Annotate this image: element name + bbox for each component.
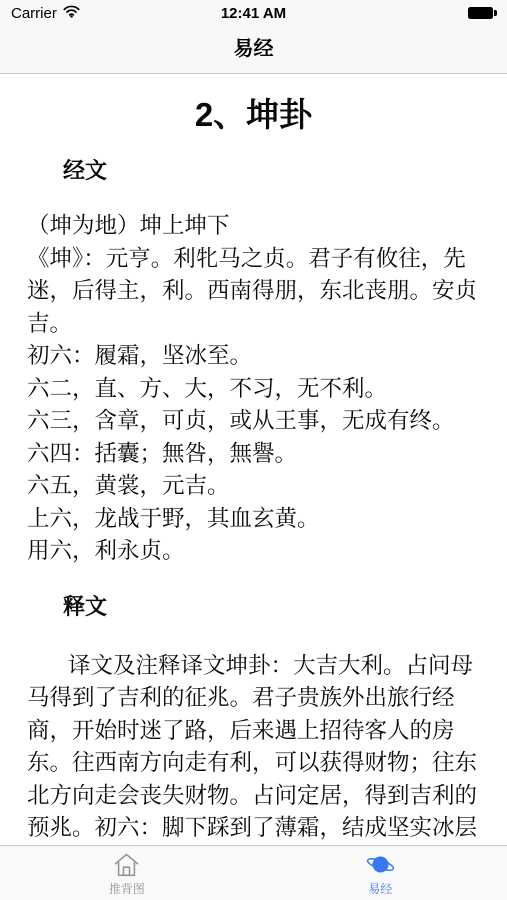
text-line: 预兆。初六：脚下踩到了薄霜，结成坚实冰层 [27, 812, 480, 845]
text-line: 吉。 [27, 308, 480, 341]
text-line: 译文及注释译文坤卦：大吉大利。占问母 [27, 650, 480, 683]
app-screen: Carrier 12:41 AM 易经 2、坤卦 经文 （坤为地）坤上坤下《坤》… [0, 0, 507, 900]
battery-icon [468, 7, 493, 19]
header: Carrier 12:41 AM 易经 [0, 0, 507, 74]
content-scroll[interactable]: 2、坤卦 经文 （坤为地）坤上坤下《坤》：元亨。利牝马之贞。君子有攸往，先迷，后… [0, 75, 507, 845]
section-heading-shiwen: 释文 [63, 594, 480, 620]
text-line: 迷，后得主，利。西南得朋，东北丧朋。安贞 [27, 275, 480, 308]
section-heading-jingwen: 经文 [63, 158, 480, 184]
tab-label: 易经 [368, 880, 392, 897]
text-line: 六四：括囊；無咎，無譽。 [27, 438, 480, 471]
text-line: 东。往西南方向走有利，可以获得财物；往东 [27, 747, 480, 780]
text-line: 六五，黄裳，元吉。 [27, 470, 480, 503]
interpretation-text: 译文及注释译文坤卦：大吉大利。占问母马得到了吉利的征兆。君子贵族外出旅行经商，开… [27, 650, 480, 845]
tab-yijing[interactable]: 易经 [254, 846, 507, 900]
section-jingwen: 经文 （坤为地）坤上坤下《坤》：元亨。利牝马之贞。君子有攸往，先迷，后得主，利。… [27, 158, 480, 568]
text-line: 商，开始时迷了路，后来遇上招待客人的房 [27, 715, 480, 748]
planet-icon [365, 850, 396, 879]
text-line: 六三，含章，可贞，或从王事，无成有终。 [27, 405, 480, 438]
status-bar: Carrier 12:41 AM [0, 0, 507, 27]
text-line: 北方向走会丧失财物。占问定居，得到吉利的 [27, 780, 480, 813]
section-shiwen: 释文 译文及注释译文坤卦：大吉大利。占问母马得到了吉利的征兆。君子贵族外出旅行经… [27, 594, 480, 845]
tab-tuibeitu[interactable]: 推背图 [0, 846, 254, 900]
text-line: 《坤》：元亨。利牝马之贞。君子有攸往，先 [27, 243, 480, 276]
home-icon [112, 850, 141, 879]
text-line: 六二，直、方、大，不习，无不利。 [27, 373, 480, 406]
scripture-text: （坤为地）坤上坤下《坤》：元亨。利牝马之贞。君子有攸往，先迷，后得主，利。西南得… [27, 210, 480, 568]
text-line: （坤为地）坤上坤下 [27, 210, 480, 243]
text-line: 上六，龙战于野，其血玄黄。 [27, 503, 480, 536]
text-line: 马得到了吉利的征兆。君子贵族外出旅行经 [27, 682, 480, 715]
tab-bar: 推背图 易经 [0, 845, 507, 900]
status-time: 12:41 AM [0, 5, 507, 22]
text-line: 用六，利永贞。 [27, 535, 480, 568]
page-title: 2、坤卦 [27, 95, 480, 135]
text-line: 初六：履霜，坚冰至。 [27, 340, 480, 373]
nav-title: 易经 [0, 27, 507, 74]
tab-label: 推背图 [109, 880, 145, 897]
